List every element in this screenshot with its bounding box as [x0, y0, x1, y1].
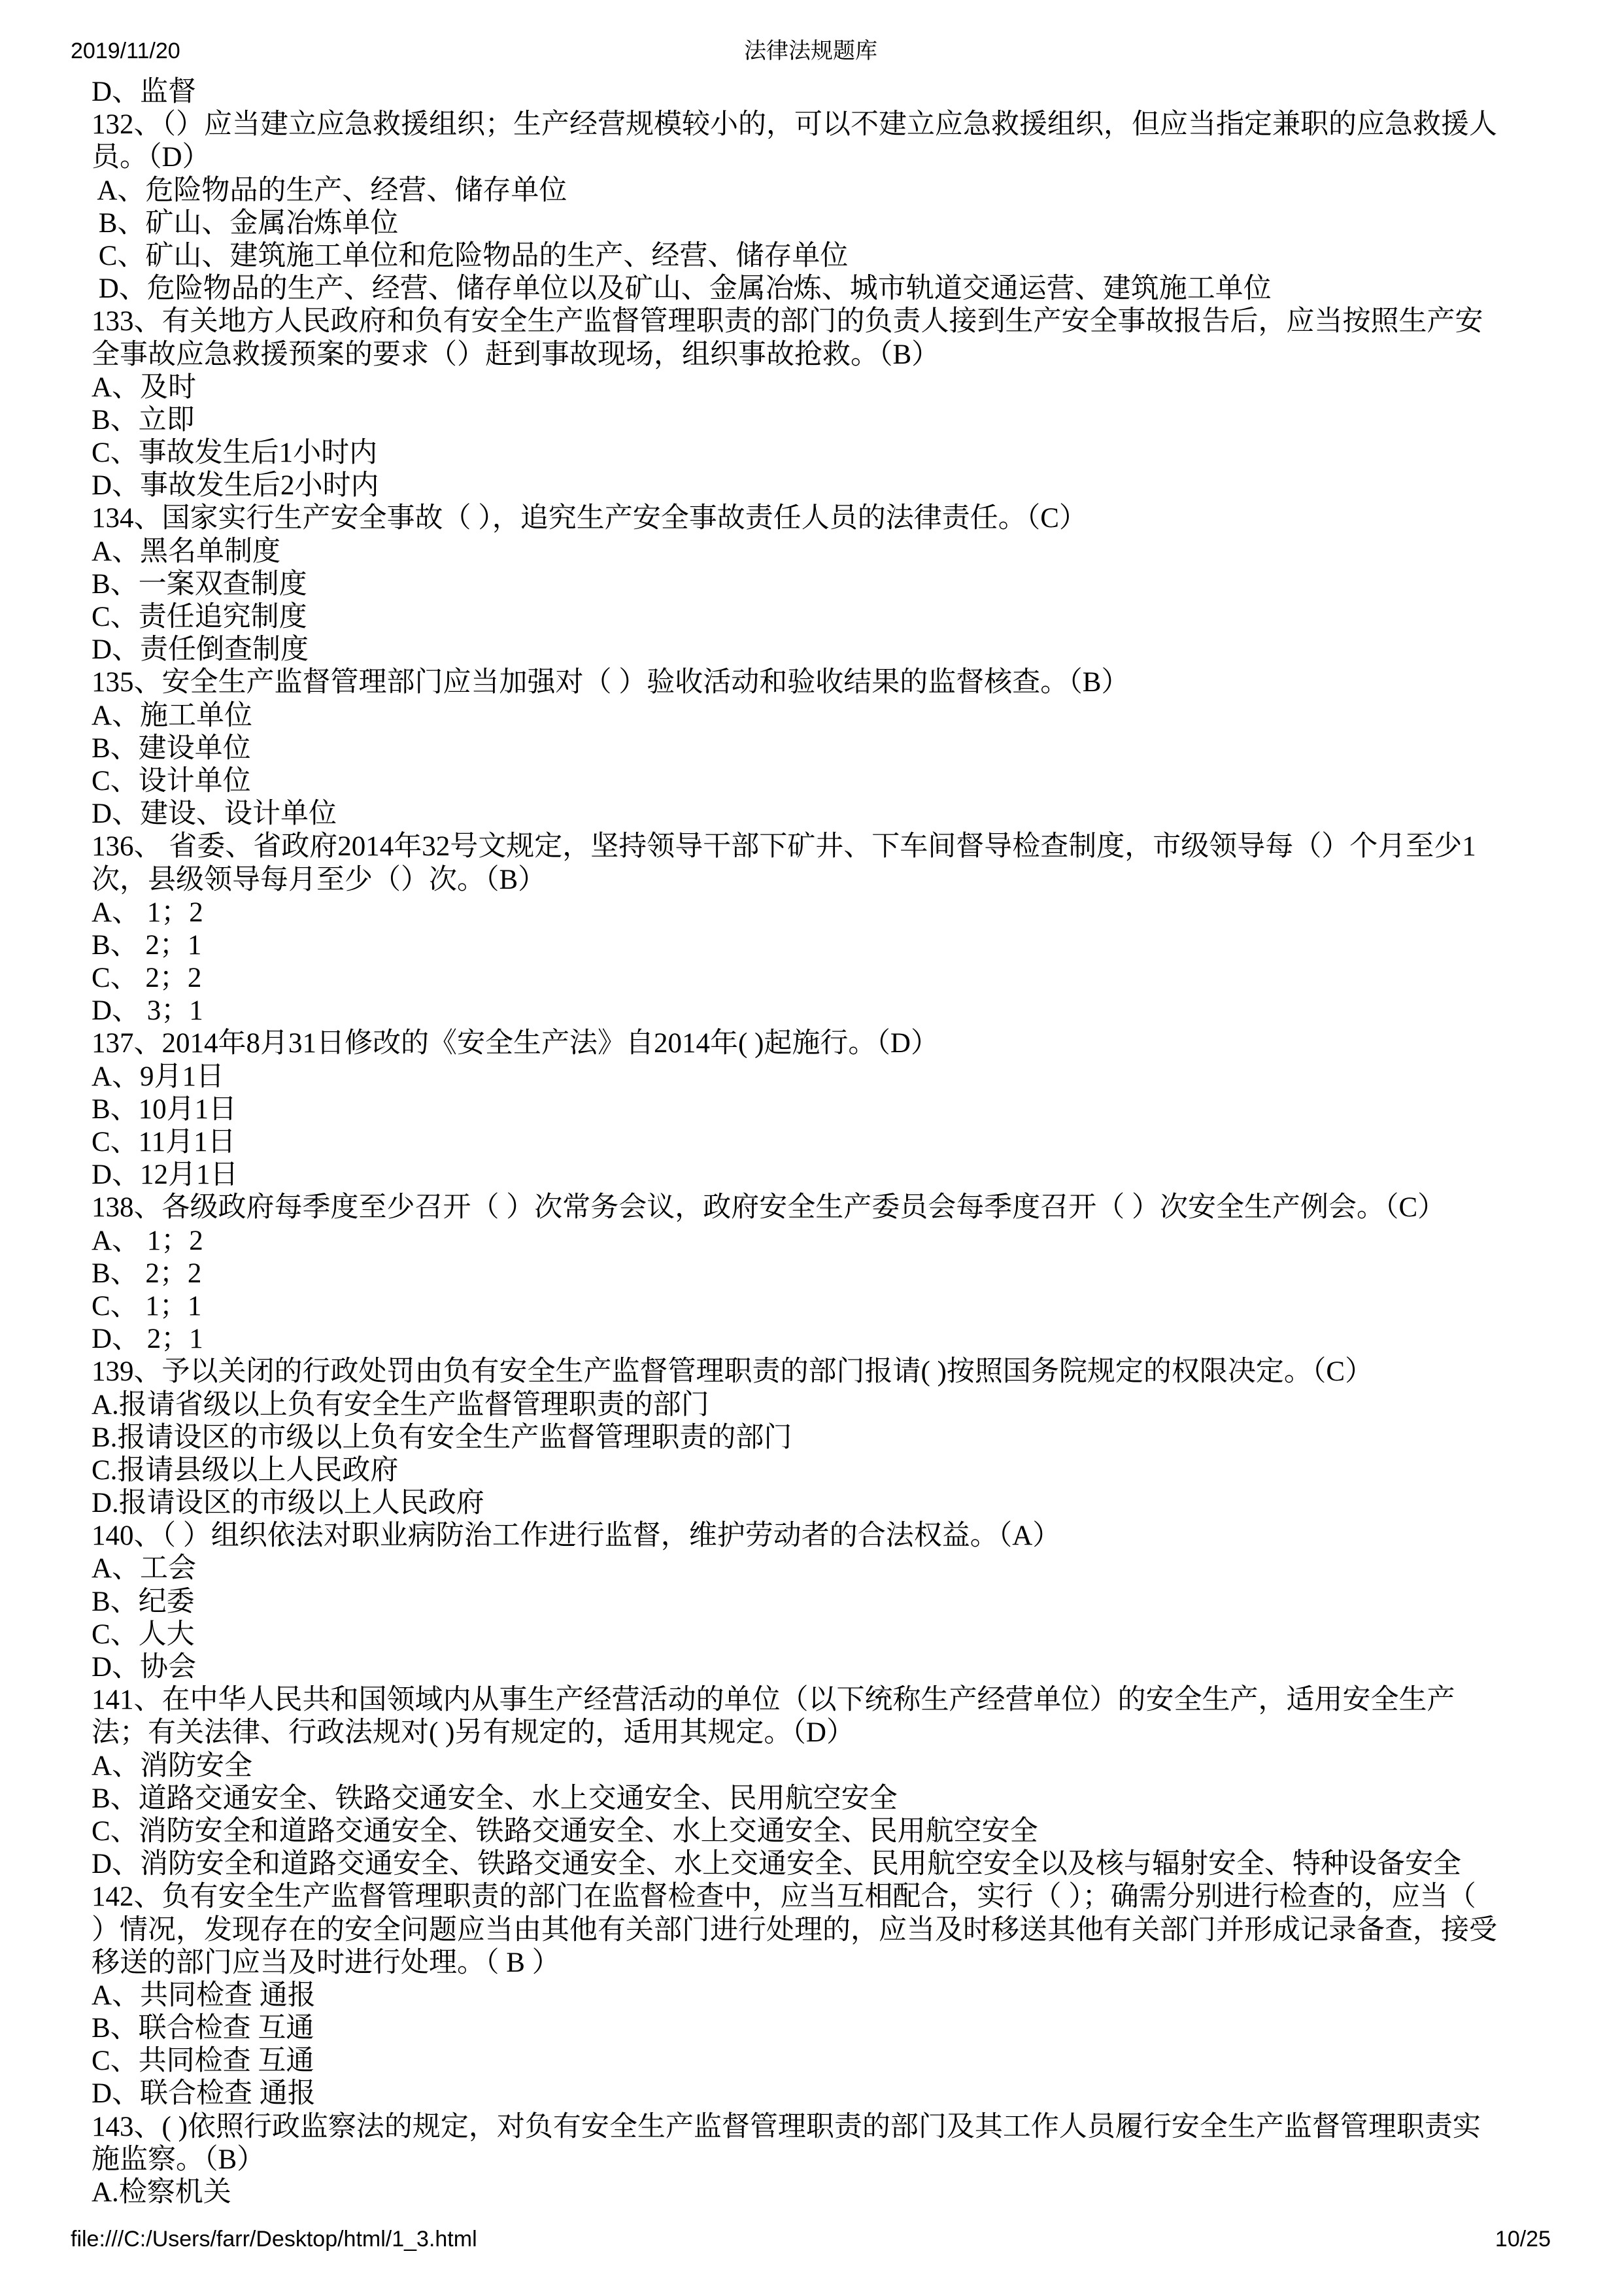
text-line: A、 1；2 — [92, 1225, 1533, 1258]
text-line: A、及时 — [92, 371, 1533, 404]
text-line: 施监察。（B） — [92, 2144, 1533, 2176]
text-line: A、共同检查 通报 — [92, 1979, 1533, 2012]
text-line: D、联合检查 通报 — [92, 2078, 1533, 2110]
text-line: B、建设单位 — [92, 732, 1533, 765]
text-line: C、11月1日 — [92, 1126, 1533, 1159]
text-line: A、危险物品的生产、经营、储存单位 — [92, 175, 1533, 207]
text-line: C、 2；2 — [92, 962, 1533, 995]
text-line: D、 2；1 — [92, 1323, 1533, 1356]
text-line: 133、有关地方人民政府和负有安全生产监督管理职责的部门的负责人接到生产安全事故… — [92, 305, 1533, 338]
text-line: D、12月1日 — [92, 1159, 1533, 1191]
text-line: D、协会 — [92, 1651, 1533, 1684]
page-title: 法律法规题库 — [71, 38, 1551, 64]
text-line: B.报请设区的市级以上负有安全生产监督管理职责的部门 — [92, 1422, 1533, 1454]
text-line: 135、安全生产监督管理部门应当加强对（ ）验收活动和验收结果的监督核查。（B） — [92, 666, 1533, 699]
text-line: A、 1；2 — [92, 897, 1533, 929]
text-line: 142、负有安全生产监督管理职责的部门在监督检查中，应当互相配合，实行（ ）；确… — [92, 1881, 1533, 1913]
text-line: D、事故发生后2小时内 — [92, 470, 1533, 502]
text-line: ）情况，发现存在的安全问题应当由其他有关部门进行处理的，应当及时移送其他有关部门… — [92, 1914, 1533, 1947]
print-footer: file:///C:/Users/farr/Desktop/html/1_3.h… — [71, 2226, 1551, 2252]
text-line: C、 1；1 — [92, 1290, 1533, 1323]
text-line: B、 2；1 — [92, 929, 1533, 962]
text-line: D、 3；1 — [92, 995, 1533, 1027]
text-line: C、共同检查 互通 — [92, 2045, 1533, 2078]
text-line: B、 2；2 — [92, 1258, 1533, 1290]
text-line: 134、国家实行生产安全事故（ ），追究生产安全事故责任人员的法律责任。（C） — [92, 502, 1533, 535]
question-list: D、监督132、（）应当建立应急救援组织；生产经营规模较小的，可以不建立应急救援… — [92, 76, 1533, 2209]
text-line: B、纪委 — [92, 1586, 1533, 1619]
text-line: 次，县级领导每月至少（）次。（B） — [92, 864, 1533, 897]
text-line: 141、在中华人民共和国领域内从事生产经营活动的单位（以下统称生产经营单位）的安… — [92, 1684, 1533, 1717]
text-line: D、责任倒查制度 — [92, 634, 1533, 666]
text-line: 143、( )依照行政监察法的规定，对负有安全生产监督管理职责的部门及其工作人员… — [92, 2111, 1533, 2144]
text-line: A、黑名单制度 — [92, 536, 1533, 568]
text-line: 移送的部门应当及时进行处理。（ B ） — [92, 1947, 1533, 1979]
text-line: B、10月1日 — [92, 1093, 1533, 1126]
text-line: D.报请设区的市级以上人民政府 — [92, 1487, 1533, 1520]
text-line: 136、 省委、省政府2014年32号文规定，坚持领导干部下矿井、下车间督导检查… — [92, 831, 1533, 863]
text-line: 员。（D） — [92, 141, 1533, 174]
text-line: 全事故应急救援预案的要求（）赶到事故现场，组织事故抢救。（B） — [92, 339, 1533, 371]
text-line: 138、各级政府每季度至少召开（ ）次常务会议，政府安全生产委员会每季度召开（ … — [92, 1191, 1533, 1224]
text-line: B、道路交通安全、铁路交通安全、水上交通安全、民用航空安全 — [92, 1783, 1533, 1815]
text-line: C、消防安全和道路交通安全、铁路交通安全、水上交通安全、民用航空安全 — [92, 1815, 1533, 1848]
text-line: B、立即 — [92, 404, 1533, 437]
text-line: C、人大 — [92, 1619, 1533, 1651]
text-line: 139、予以关闭的行政处罚由负有安全生产监督管理职责的部门报请( )按照国务院规… — [92, 1356, 1533, 1388]
text-line: A、施工单位 — [92, 700, 1533, 732]
text-line: D、建设、设计单位 — [92, 798, 1533, 831]
text-line: C、事故发生后1小时内 — [92, 437, 1533, 470]
text-line: B、矿山、金属冶炼单位 — [92, 207, 1533, 240]
text-line: C、矿山、建筑施工单位和危险物品的生产、经营、储存单位 — [92, 240, 1533, 273]
text-line: D、危险物品的生产、经营、储存单位以及矿山、金属冶炼、城市轨道交通运营、建筑施工… — [92, 273, 1533, 305]
text-line: B、一案双查制度 — [92, 568, 1533, 601]
text-line: D、消防安全和道路交通安全、铁路交通安全、水上交通安全、民用航空安全以及核与辐射… — [92, 1848, 1533, 1881]
text-line: A.检察机关 — [92, 2176, 1533, 2209]
text-line: D、监督 — [92, 76, 1533, 109]
text-line: 法；有关法律、行政法规对( )另有规定的，适用其规定。（D） — [92, 1717, 1533, 1749]
text-line: C、设计单位 — [92, 765, 1533, 798]
footer-file-url: file:///C:/Users/farr/Desktop/html/1_3.h… — [71, 2226, 477, 2252]
printed-page: 2019/11/20 法律法规题库 D、监督132、（）应当建立应急救援组织；生… — [0, 0, 1622, 2296]
text-line: A、消防安全 — [92, 1750, 1533, 1783]
text-line: 137、2014年8月31日修改的《安全生产法》自2014年( )起施行。（D） — [92, 1027, 1533, 1060]
footer-page-number: 10/25 — [1495, 2226, 1551, 2252]
text-line: C.报请县级以上人民政府 — [92, 1454, 1533, 1487]
text-line: C、责任追究制度 — [92, 601, 1533, 634]
print-header: 2019/11/20 法律法规题库 — [71, 38, 1551, 65]
text-line: A、工会 — [92, 1552, 1533, 1585]
text-line: B、联合检查 互通 — [92, 2012, 1533, 2045]
text-line: 132、（）应当建立应急救援组织；生产经营规模较小的，可以不建立应急救援组织，但… — [92, 109, 1533, 141]
text-line: 140、（ ）组织依法对职业病防治工作进行监督，维护劳动者的合法权益。（A） — [92, 1520, 1533, 1552]
text-line: A、9月1日 — [92, 1061, 1533, 1093]
text-line: A.报请省级以上负有安全生产监督管理职责的部门 — [92, 1389, 1533, 1422]
